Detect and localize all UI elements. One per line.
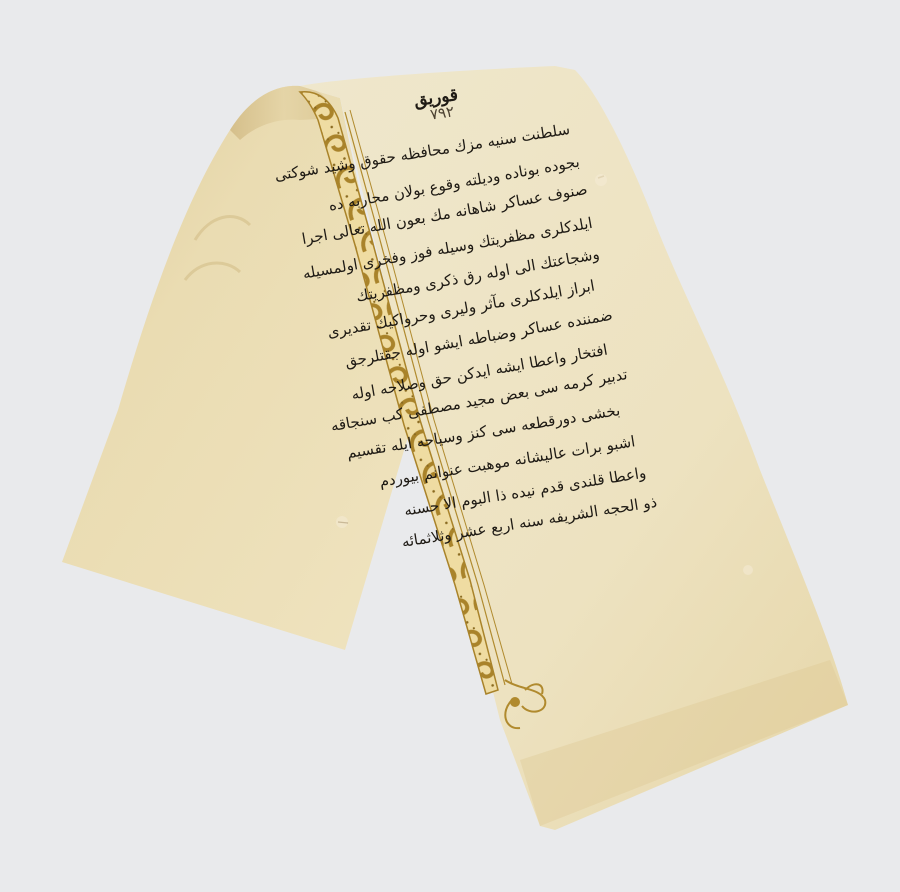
manuscript-photo: قوريق ٧٩٢ سلطنت سنيه مزك محافظه حقوق وشي…	[0, 0, 900, 892]
header-number: ٧٩٢	[429, 102, 455, 123]
